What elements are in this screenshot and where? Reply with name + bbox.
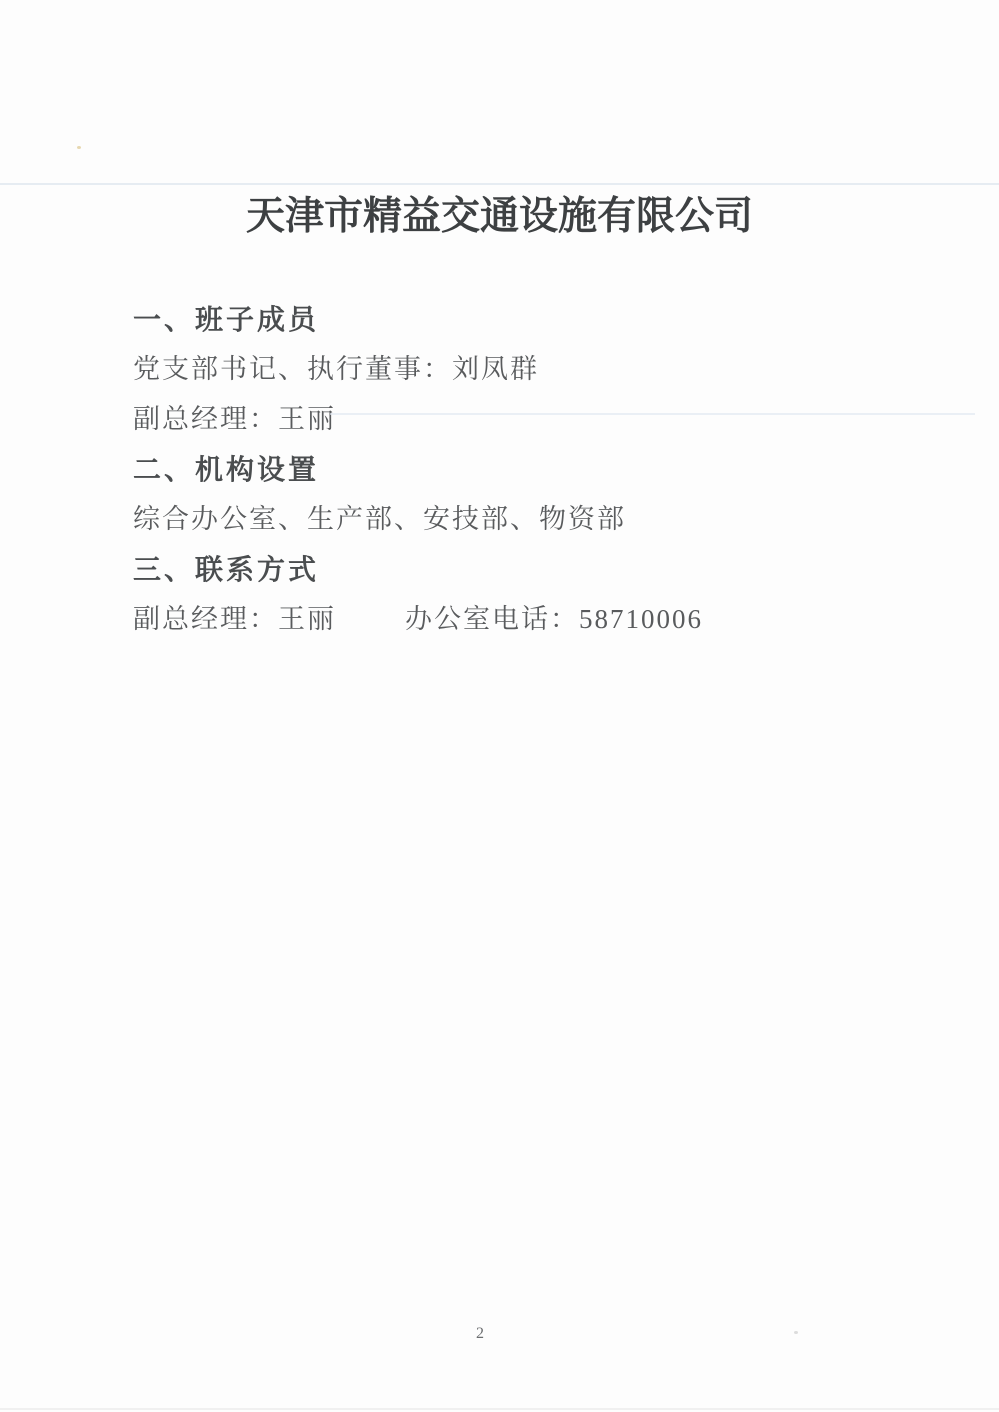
body-line-contact-person: 副总经理：王丽 <box>133 603 336 635</box>
body-line-departments: 综合办公室、生产部、安技部、物资部 <box>133 503 626 535</box>
page-number: 2 <box>468 1324 492 1343</box>
scan-speck-bottom-right <box>794 1331 798 1334</box>
scanned-document-page: 天津市精益交通设施有限公司 一、班子成员 党支部书记、执行董事：刘凤群 副总经理… <box>0 0 999 1412</box>
body-line-party-secretary-director: 党支部书记、执行董事：刘凤群 <box>133 353 539 385</box>
scan-speck-top-left <box>77 146 81 149</box>
document-title: 天津市精益交通设施有限公司 <box>0 194 999 241</box>
scan-artifact-line-bottom <box>0 1408 999 1410</box>
section-heading-organization: 二、机构设置 <box>133 454 319 486</box>
scan-artifact-line-middle <box>330 413 975 415</box>
body-line-deputy-general-manager: 副总经理：王丽 <box>133 403 336 435</box>
body-line-office-phone: 办公室电话：58710006 <box>405 603 703 635</box>
section-heading-team-members: 一、班子成员 <box>133 304 319 336</box>
section-heading-contact: 三、联系方式 <box>133 554 319 586</box>
scan-artifact-line-top <box>0 183 999 185</box>
